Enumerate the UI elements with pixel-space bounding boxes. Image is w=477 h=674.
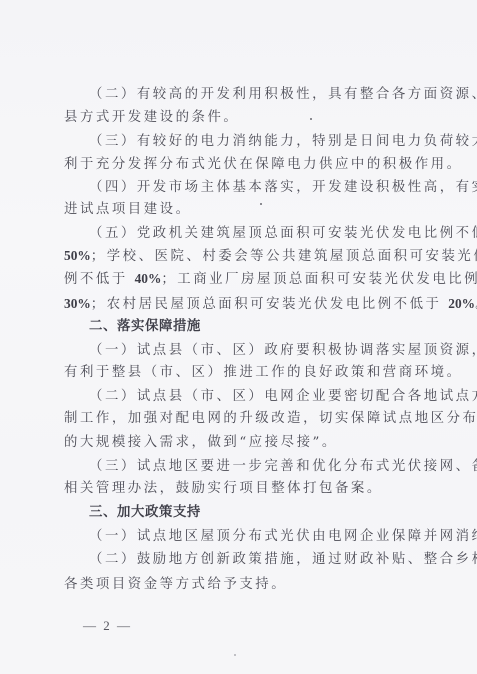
paragraph-line: （二）试点县（市、区）电网企业要密切配合各地试点方案编 <box>89 388 424 406</box>
paragraph-line: 50%；学校、医院、村委会等公共建筑屋顶总面积可安装光伏发电比 <box>64 247 424 265</box>
section-heading: 二、落实保障措施 <box>89 318 424 336</box>
paragraph-line: 县方式开发建设的条件。 <box>64 109 424 127</box>
paragraph-line: 利于充分发挥分布式光伏在保障电力供应中的积极作用。 <box>64 156 424 174</box>
paragraph-line: （四）开发市场主体基本落实，开发建设积极性高，有实力推 <box>89 179 424 197</box>
document-page: （二）有较高的开发利用积极性，具有整合各方面资源、以整 县方式开发建设的条件。 … <box>0 0 477 674</box>
paragraph-line: 例不低于 40%；工商业厂房屋顶总面积可安装光伏发电比例不利于 <box>64 270 424 288</box>
percentage-value: 40% <box>135 271 162 286</box>
section-heading: 三、加大政策支持 <box>89 504 424 522</box>
paragraph-line: （一）试点县（市、区）政府要积极协调落实屋顶资源，营造 <box>89 342 424 360</box>
line-text: ；学校、医院、村委会等公共建筑屋顶总面积可安装光伏发电比 <box>91 249 477 264</box>
paragraph-line: （二）鼓励地方创新政策措施，通过财政补贴、整合乡村振兴 <box>89 551 424 569</box>
line-text: 例不低于 <box>64 272 135 287</box>
line-text: ；农村居民屋顶总面积可安装光伏发电比例不低于 <box>91 297 449 312</box>
line-text: ；工商业厂房屋顶总面积可安装光伏发电比例不利于 <box>161 272 477 287</box>
paragraph-line: 的大规模接入需求，做到“应接尽接”。 <box>64 434 424 452</box>
scan-speck <box>310 118 312 120</box>
paragraph-line: 相关管理办法，鼓励实行项目整体打包备案。 <box>64 480 424 498</box>
scan-speck <box>234 654 236 656</box>
percentage-value: 50% <box>64 248 91 263</box>
page-number: — 2 — <box>83 617 132 635</box>
paragraph-line: （五）党政机关建筑屋顶总面积可安装光伏发电比例不低于 <box>89 225 424 243</box>
paragraph-line: （三）有较好的电力消纳能力，特别是日间电力负荷较大，有 <box>89 133 424 151</box>
paragraph-line: 进试点项目建设。 <box>64 201 424 219</box>
scan-speck <box>260 203 262 205</box>
paragraph-line: （二）有较高的开发利用积极性，具有整合各方面资源、以整 <box>89 86 424 104</box>
paragraph-line: 各类项目资金等方式给予支持。 <box>64 576 424 594</box>
paragraph-line: （一）试点地区屋顶分布式光伏由电网企业保障并网消纳。 <box>89 528 424 546</box>
paragraph-line: （三）试点地区要进一步完善和优化分布式光伏接网、备案等 <box>89 458 424 476</box>
paragraph-line: 30%；农村居民屋顶总面积可安装光伏发电比例不低于 20%。 <box>64 295 424 313</box>
percentage-value: 20% <box>448 296 475 311</box>
paragraph-line: 制工作，加强对配电网的升级改造，切实保障试点地区分布式光伏 <box>64 410 424 428</box>
paragraph-line: 有利于整县（市、区）推进工作的良好政策和营商环境。 <box>64 364 424 382</box>
percentage-value: 30% <box>64 296 91 311</box>
